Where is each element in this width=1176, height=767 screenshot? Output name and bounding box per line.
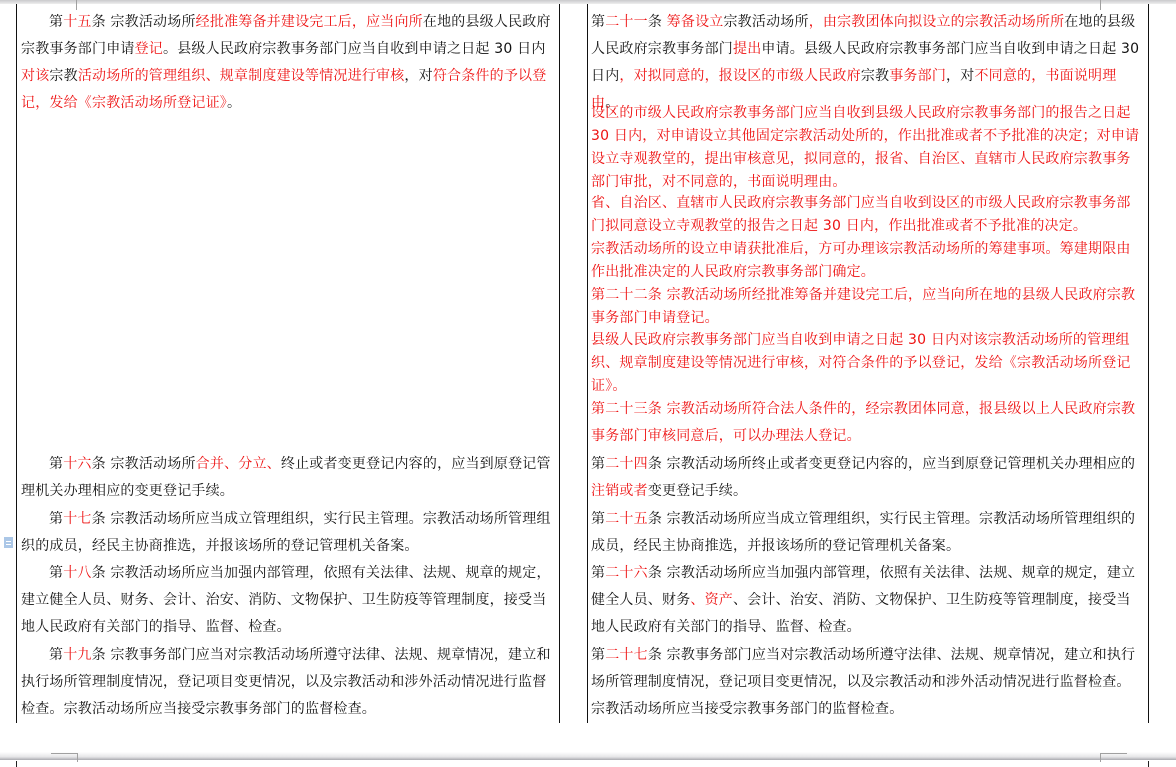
- body-text: 第: [591, 565, 605, 581]
- article-21-para-2[interactable]: 设区的市级人民政府宗教事务部门应当自收到县级人民政府宗教事务部门的报告之日起 3…: [591, 102, 1143, 194]
- body-text: 第: [49, 647, 63, 663]
- body-text: 第: [49, 456, 63, 472]
- article-15-paragraph[interactable]: 第十五条 宗教活动场所经批准筹备并建设完工后，应当向所在地的县级人民政府宗教事务…: [21, 9, 553, 117]
- body-text: 第: [49, 565, 63, 581]
- body-text: 条 宗教活动场所应当成立管理组织，实行民主管理。宗教活动场所管理组织的成员，经民…: [591, 511, 1135, 554]
- article-22-para-2[interactable]: 县级人民政府宗教事务部门应当自收到申请之日起 30 日内对该宗教活动场所的管理组…: [591, 329, 1143, 398]
- article-17-paragraph[interactable]: 第十七条 宗教活动场所应当成立管理组织，实行民主管理。宗教活动场所管理组织的成员…: [21, 506, 553, 560]
- next-page-border-right: [1148, 761, 1149, 767]
- body-text: 条: [648, 14, 667, 30]
- body-text: 第: [49, 511, 63, 527]
- article-16-paragraph[interactable]: 第十六条 宗教活动场所合并、分立、终止或者变更登记内容的，应当到原登记管理机关办…: [21, 451, 553, 505]
- body-text: ，对: [946, 68, 974, 84]
- article-23-paragraph[interactable]: 第二十三条 宗教活动场所符合法人条件的，经宗教团体同意，报县级以上人民政府宗教事…: [591, 396, 1143, 450]
- body-text: 条 宗教活动场所终止或者变更登记内容的，应当到原登记管理机关办理相应的: [648, 456, 1135, 472]
- article-21-para-4[interactable]: 宗教活动场所的设立申请获批准后，方可办理该宗教活动场所的筹建事项。筹建期限由作出…: [591, 238, 1143, 284]
- revised-text: 经批准筹备并建设完工后，应当向所: [196, 14, 423, 30]
- column-gap: [559, 4, 587, 723]
- article-27-paragraph[interactable]: 第二十七条 宗教事务部门应当对宗教活动场所遵守法律、法规、规章情况，建立和执行场…: [591, 642, 1143, 723]
- comparison-table: 第十五条 宗教活动场所经批准筹备并建设完工后，应当向所在地的县级人民政府宗教事务…: [16, 4, 1149, 723]
- article-25-paragraph[interactable]: 第二十五条 宗教活动场所应当成立管理组织，实行民主管理。宗教活动场所管理组织的成…: [591, 506, 1143, 560]
- revised-text: 十六: [63, 456, 91, 472]
- revised-text: 十八: [63, 565, 91, 581]
- crop-mark-bottom-left: [51, 753, 78, 762]
- revised-text: ，由宗教团体向拟设立的宗教活动场所所: [809, 14, 1065, 30]
- revised-text: 活动场所的管理组织、规章制度建设等情况进行审核: [78, 68, 405, 84]
- article-22-paragraph[interactable]: 第二十二条 宗教活动场所经批准筹备并建设完工后，应当向所在地的县级人民政府宗教事…: [591, 284, 1143, 330]
- article-21-para-3[interactable]: 省、自治区、直辖市人民政府宗教事务部门应当自收到设区的市级人民政府宗教事务部门拟…: [591, 192, 1143, 238]
- old-regulation-column[interactable]: 第十五条 宗教活动场所经批准筹备并建设完工后，应当向所在地的县级人民政府宗教事务…: [16, 4, 559, 723]
- body-text: 宗教活动场所: [723, 14, 808, 30]
- revised-text: 对该: [21, 68, 49, 84]
- revised-text: 十五: [63, 14, 91, 30]
- revised-text: 设区的市级人民政府宗教事务部门应当自收到县级人民政府宗教事务部门的报告之日起 3…: [591, 105, 1139, 190]
- article-19-paragraph[interactable]: 第十九条 宗教事务部门应当对宗教活动场所遵守法律、法规、规章情况，建立和执行场所…: [21, 642, 553, 723]
- revised-text: 十九: [63, 647, 91, 663]
- body-text: 条 宗教活动场所: [92, 14, 196, 30]
- body-text: 。县级人民政府宗教事务部门应当自收到申请之日起 30 日内: [163, 41, 546, 57]
- document-page: 第十五条 宗教活动场所经批准筹备并建设完工后，应当向所在地的县级人民政府宗教事务…: [0, 0, 1176, 767]
- revised-text: 第二十三条 宗教活动场所符合法人条件的，经宗教团体同意，报县级以上人民政府宗教事…: [591, 401, 1135, 444]
- body-text: 变更登记手续。: [648, 483, 747, 499]
- revised-text: 宗教活动场所的设立申请获批准后，方可办理该宗教活动场所的筹建事项。筹建期限由作出…: [591, 241, 1131, 280]
- revised-text: 第二十二条 宗教活动场所经批准筹备并建设完工后，应当向所在地的县级人民政府宗教事…: [591, 287, 1135, 326]
- revised-text: 二十四: [605, 456, 648, 472]
- crop-mark-bottom-right: [1100, 753, 1127, 762]
- body-text: 第: [591, 14, 605, 30]
- body-text: 条 宗教活动场所: [92, 456, 196, 472]
- revised-text: 二十七: [605, 647, 648, 663]
- revised-text: 注销或者: [591, 483, 648, 499]
- body-text: 第: [591, 456, 605, 472]
- body-text: 宗教: [49, 68, 77, 84]
- article-18-paragraph[interactable]: 第十八条 宗教活动场所应当加强内部管理，依照有关法律、法规、规章的规定，建立健全…: [21, 560, 553, 641]
- body-text: 条 宗教事务部门应当对宗教活动场所遵守法律、法规、规章情况，建立和执行场所管理制…: [21, 647, 551, 717]
- revised-text: 二十一: [605, 14, 648, 30]
- new-regulation-column[interactable]: 第二十一条 筹备设立宗教活动场所，由宗教团体向拟设立的宗教活动场所所在地的县级人…: [587, 4, 1149, 723]
- paragraph-mark-icon[interactable]: [4, 537, 13, 548]
- revised-text: 二十五: [605, 511, 648, 527]
- body-text: 条 宗教事务部门应当对宗教活动场所遵守法律、法规、规章情况，建立和执行场所管理制…: [591, 647, 1135, 717]
- revised-text: 县级人民政府宗教事务部门应当自收到申请之日起 30 日内对该宗教活动场所的管理组…: [591, 332, 1131, 394]
- body-text: ，对: [404, 68, 432, 84]
- body-text: 。: [227, 95, 241, 111]
- article-21-paragraph[interactable]: 第二十一条 筹备设立宗教活动场所，由宗教团体向拟设立的宗教活动场所所在地的县级人…: [591, 9, 1143, 117]
- revised-text: 合并、分立、: [196, 456, 281, 472]
- next-page-border-left: [16, 761, 17, 767]
- page-break-separator: [0, 752, 1176, 760]
- article-24-paragraph[interactable]: 第二十四条 宗教活动场所终止或者变更登记内容的，应当到原登记管理机关办理相应的注…: [591, 451, 1143, 505]
- revised-text: ，对拟同意的，报设区的市级人民政府: [619, 68, 860, 84]
- body-text: 第: [591, 647, 605, 663]
- revised-text: 二十六: [605, 565, 648, 581]
- body-text: 第: [49, 14, 63, 30]
- revised-text: 筹备设立: [667, 14, 724, 30]
- body-text: 条 宗教活动场所应当成立管理组织，实行民主管理。宗教活动场所管理组织的成员，经民…: [21, 511, 551, 554]
- body-text: 宗教: [861, 68, 889, 84]
- revised-text: 、资产: [690, 592, 733, 608]
- revised-text: 事务部门: [889, 68, 946, 84]
- revised-text: 省、自治区、直辖市人民政府宗教事务部门应当自收到设区的市级人民政府宗教事务部门拟…: [591, 195, 1131, 234]
- revised-text: 十七: [63, 511, 91, 527]
- article-26-paragraph[interactable]: 第二十六条 宗教活动场所应当加强内部管理，依照有关法律、法规、规章的规定，建立健…: [591, 560, 1143, 641]
- body-text: 条 宗教活动场所应当加强内部管理，依照有关法律、法规、规章的规定，建立健全人员、…: [21, 565, 551, 635]
- revised-text: 提出: [733, 41, 761, 57]
- revised-text: 登记: [135, 41, 163, 57]
- body-text: 第: [591, 511, 605, 527]
